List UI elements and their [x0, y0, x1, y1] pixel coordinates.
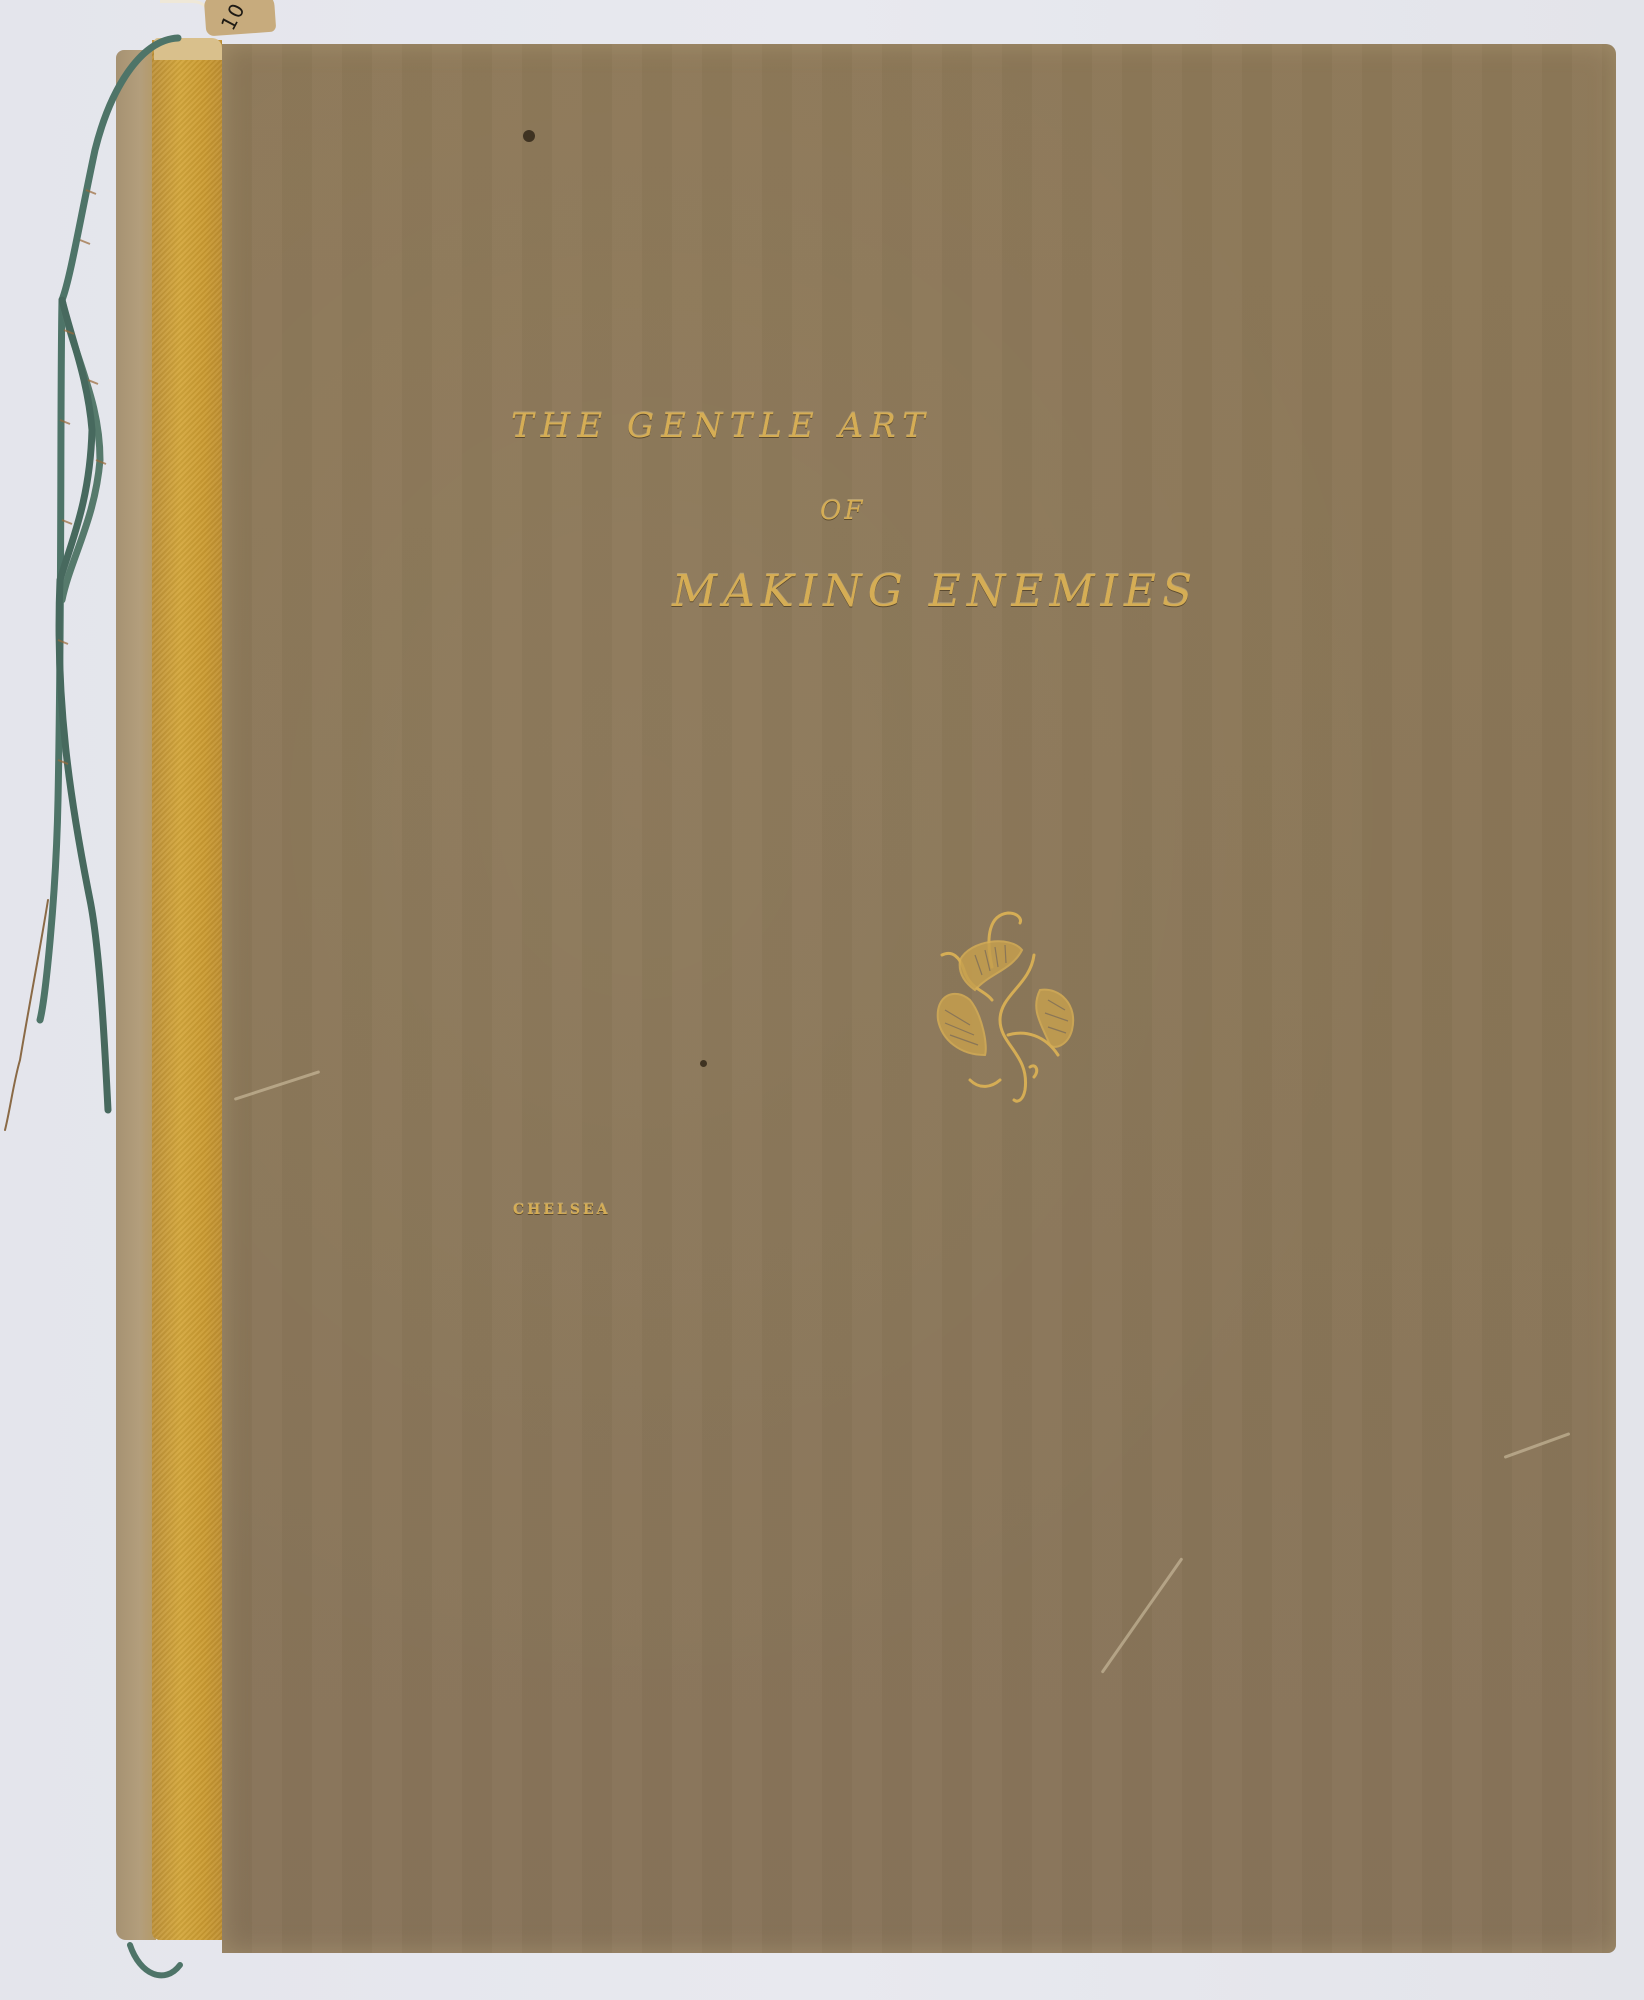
library-tag: 10 [204, 0, 277, 36]
butterfly-monogram-icon [930, 895, 1080, 1110]
tag-label: 10 [216, 0, 250, 34]
spine [152, 40, 222, 1940]
scratch-mark [1101, 1557, 1184, 1673]
scratch-mark [1504, 1432, 1571, 1459]
spine-edge [116, 50, 156, 1940]
stain-spot [700, 1060, 707, 1067]
title-line-3: MAKING ENEMIES [672, 566, 1198, 617]
stain-spot [523, 130, 535, 142]
spine-wear [154, 38, 222, 60]
title-line-2: OF [820, 496, 865, 526]
title-line-1: THE GENTLE ART [511, 406, 932, 446]
front-cover [222, 44, 1616, 1953]
scratch-mark [234, 1070, 321, 1101]
book [116, 40, 1616, 1955]
imprint-text: CHELSEA [513, 1202, 611, 1218]
